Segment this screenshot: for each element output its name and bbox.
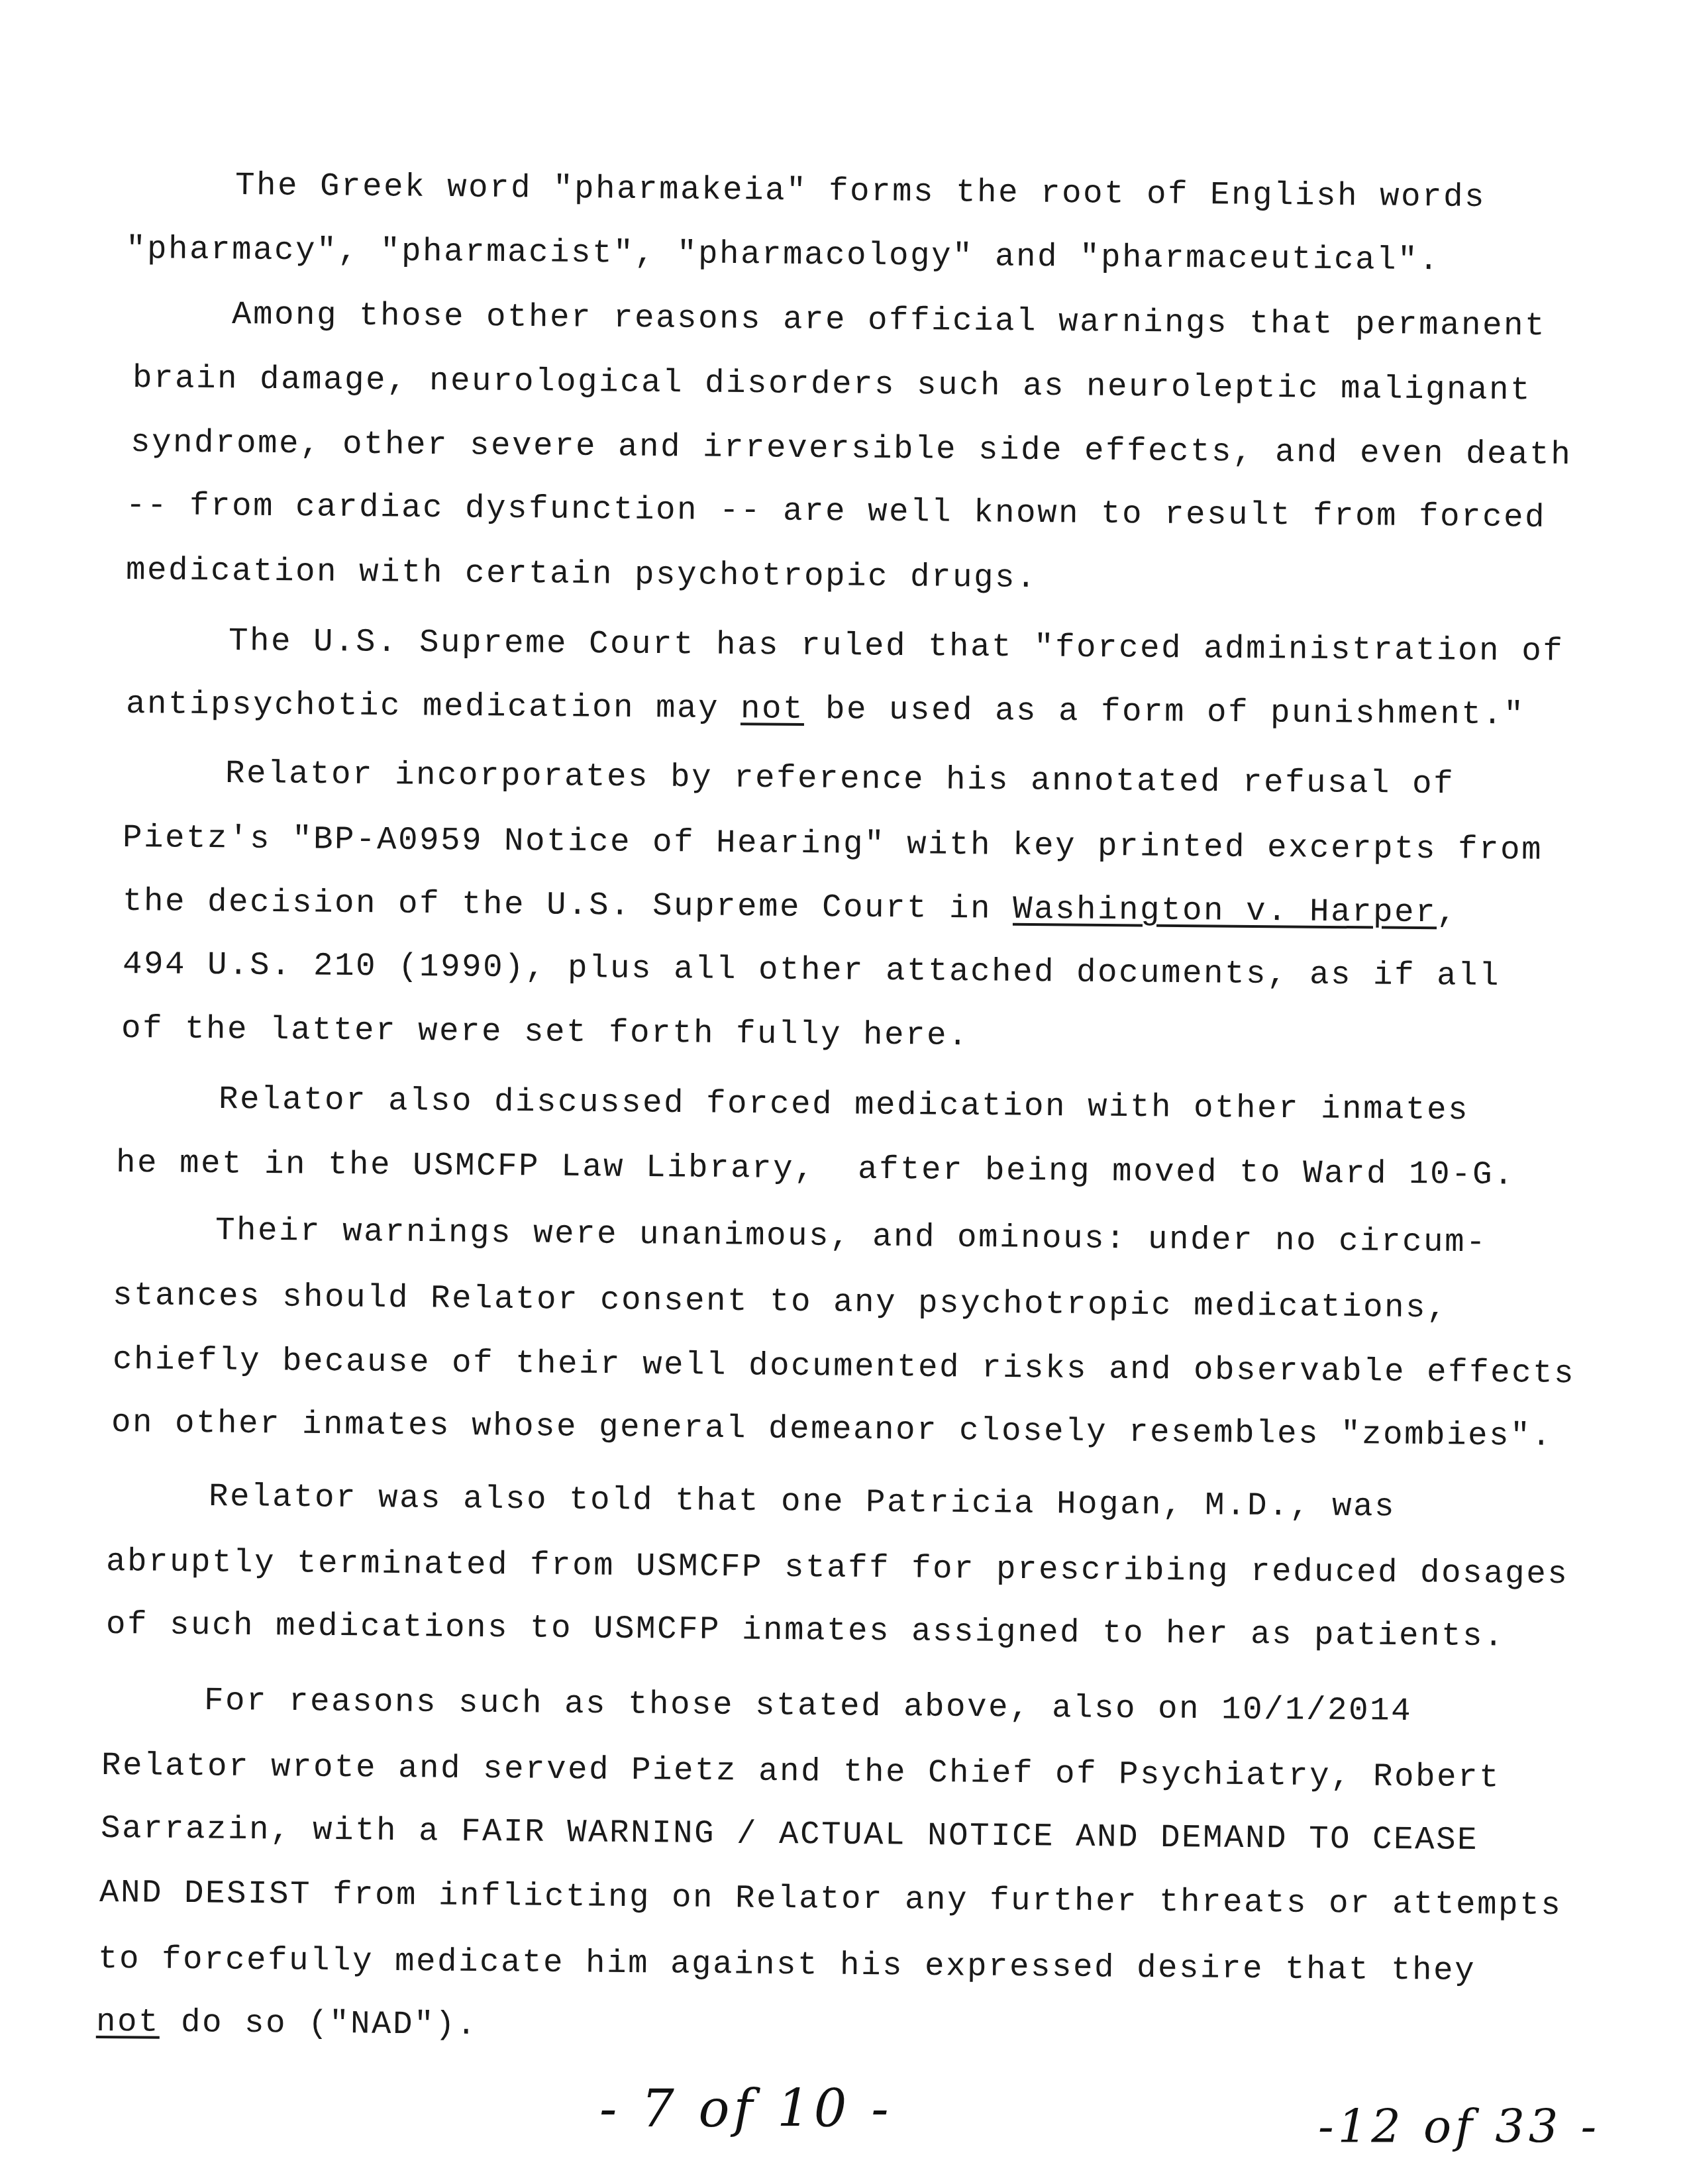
paragraph-line: Sarrazin, with a FAIR WARNING / ACTUAL N…	[101, 1810, 1479, 1859]
paragraph-first-line: Relator also discussed forced medication…	[219, 1081, 1470, 1128]
paragraph-line: Relator wrote and served Pietz and the C…	[101, 1747, 1501, 1796]
paragraph-line: not do so ("NAD").	[96, 2003, 478, 2044]
paragraph-first-line: Relator was also told that one Patricia …	[209, 1478, 1396, 1526]
paragraph-first-line: The U.S. Supreme Court has ruled that "f…	[229, 622, 1564, 670]
underlined-emphasis: not	[741, 690, 804, 728]
paragraph-line: of the latter were set forth fully here.	[121, 1010, 970, 1054]
paragraph-first-line: For reasons such as those stated above, …	[204, 1682, 1413, 1730]
paragraph-line: on other inmates whose general demeanor …	[111, 1404, 1553, 1455]
handwritten-page-number: - 7 of 10 -	[599, 2079, 893, 2139]
paragraph-line: Pietz's "BP-A0959 Notice of Hearing" wit…	[123, 819, 1543, 869]
paragraph-first-line: Their warnings were unanimous, and omino…	[215, 1212, 1488, 1261]
paragraph-line: to forcefully medicate him against his e…	[98, 1940, 1476, 1989]
document-page: The Greek word "pharmakeia" forms the ro…	[0, 0, 1689, 2184]
paragraph-line: of such medications to USMCFP inmates as…	[106, 1606, 1506, 1655]
paragraph-line: antipsychotic medication may not be used…	[126, 685, 1525, 734]
paragraph-first-line: Relator incorporates by reference his an…	[225, 755, 1455, 803]
paragraph-line: stances should Relator consent to any ps…	[113, 1277, 1449, 1326]
paragraph-line: the decision of the U.S. Supreme Court i…	[123, 883, 1459, 932]
paragraph-first-line: The Greek word "pharmakeia" forms the ro…	[235, 167, 1486, 216]
handwritten-total-page-number: -12 of 33 -	[1318, 2099, 1600, 2154]
underlined-emphasis: not	[96, 2003, 160, 2041]
underlined-emphasis: Washington v. Harper	[1013, 891, 1437, 932]
paragraph-line: abruptly terminated from USMCFP staff fo…	[106, 1543, 1569, 1593]
paragraph-line: "pharmacy", "pharmacist", "pharmacology"…	[126, 230, 1441, 279]
paragraph-line: chiefly because of their well documented…	[113, 1341, 1576, 1392]
paragraph-line: brain damage, neurological disorders suc…	[132, 360, 1532, 409]
paragraph-line: 494 U.S. 210 (1990), plus all other atta…	[123, 946, 1501, 995]
paragraph-line: medication with certain psychotropic dru…	[126, 552, 1038, 597]
paragraph-line: -- from cardiac dysfunction -- are well …	[126, 487, 1547, 536]
paragraph-line: he met in the USMCFP Law Library, after …	[116, 1144, 1515, 1193]
paragraph-first-line: Among those other reasons are official w…	[232, 296, 1547, 344]
paragraph-line: syndrome, other severe and irreversible …	[130, 424, 1572, 473]
paragraph-line: AND DESIST from inflicting on Relator an…	[99, 1874, 1562, 1924]
